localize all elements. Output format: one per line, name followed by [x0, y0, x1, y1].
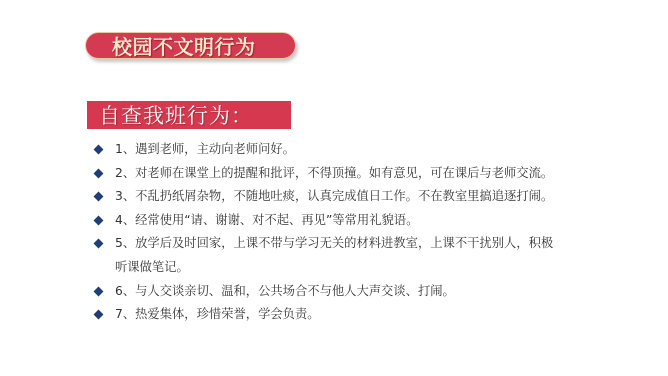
slide-title: 校园不文明行为: [112, 31, 256, 60]
list-item-text: 2、对老师在课堂上的提醒和批评，不得顶撞。如有意见，可在课后与老师交流。: [115, 162, 595, 186]
list-item: 2、对老师在课堂上的提醒和批评，不得顶撞。如有意见，可在课后与老师交流。: [95, 162, 595, 186]
subheading-banner: 自查我班行为：: [87, 101, 291, 129]
list-item: 1、遇到老师，主动向老师问好。: [95, 138, 595, 162]
diamond-bullet-icon: [94, 286, 104, 296]
list-item-text: 6、与人交谈亲切、温和，公共场合不与他人大声交谈、打闹。: [115, 280, 595, 304]
list-item: 3、不乱扔纸屑杂物，不随地吐痰，认真完成值日工作。不在教室里搞追逐打闹。: [95, 185, 595, 209]
list-item-text: 3、不乱扔纸屑杂物，不随地吐痰，认真完成值日工作。不在教室里搞追逐打闹。: [115, 185, 595, 209]
list-item: 6、与人交谈亲切、温和，公共场合不与他人大声交谈、打闹。: [95, 280, 595, 304]
list-item: 4、经常使用“请、谢谢、对不起、再见”等常用礼貌语。: [95, 209, 595, 233]
title-banner: 校园不文明行为: [85, 32, 296, 59]
list-item-text: 4、经常使用“请、谢谢、对不起、再见”等常用礼貌语。: [115, 209, 595, 233]
subheading: 自查我班行为：: [99, 100, 253, 130]
list-item-text: 1、遇到老师，主动向老师问好。: [115, 138, 595, 162]
list-item-text: 7、热爱集体，珍惜荣誉，学会负责。: [115, 303, 595, 327]
list-item: 5、放学后及时回家，上课不带与学习无关的材料进教室，上课不干扰别人，积极 听课做…: [95, 232, 595, 279]
list-item-text: 5、放学后及时回家，上课不带与学习无关的材料进教室，上课不干扰别人，积极: [115, 232, 595, 256]
diamond-bullet-icon: [94, 310, 104, 320]
diamond-bullet-icon: [94, 145, 104, 155]
diamond-bullet-icon: [94, 215, 104, 225]
list-item-continuation: 听课做笔记。: [115, 256, 595, 280]
behavior-list: 1、遇到老师，主动向老师问好。 2、对老师在课堂上的提醒和批评，不得顶撞。如有意…: [95, 138, 595, 327]
list-item: 7、热爱集体，珍惜荣誉，学会负责。: [95, 303, 595, 327]
diamond-bullet-icon: [94, 192, 104, 202]
diamond-bullet-icon: [94, 168, 104, 178]
diamond-bullet-icon: [94, 239, 104, 249]
